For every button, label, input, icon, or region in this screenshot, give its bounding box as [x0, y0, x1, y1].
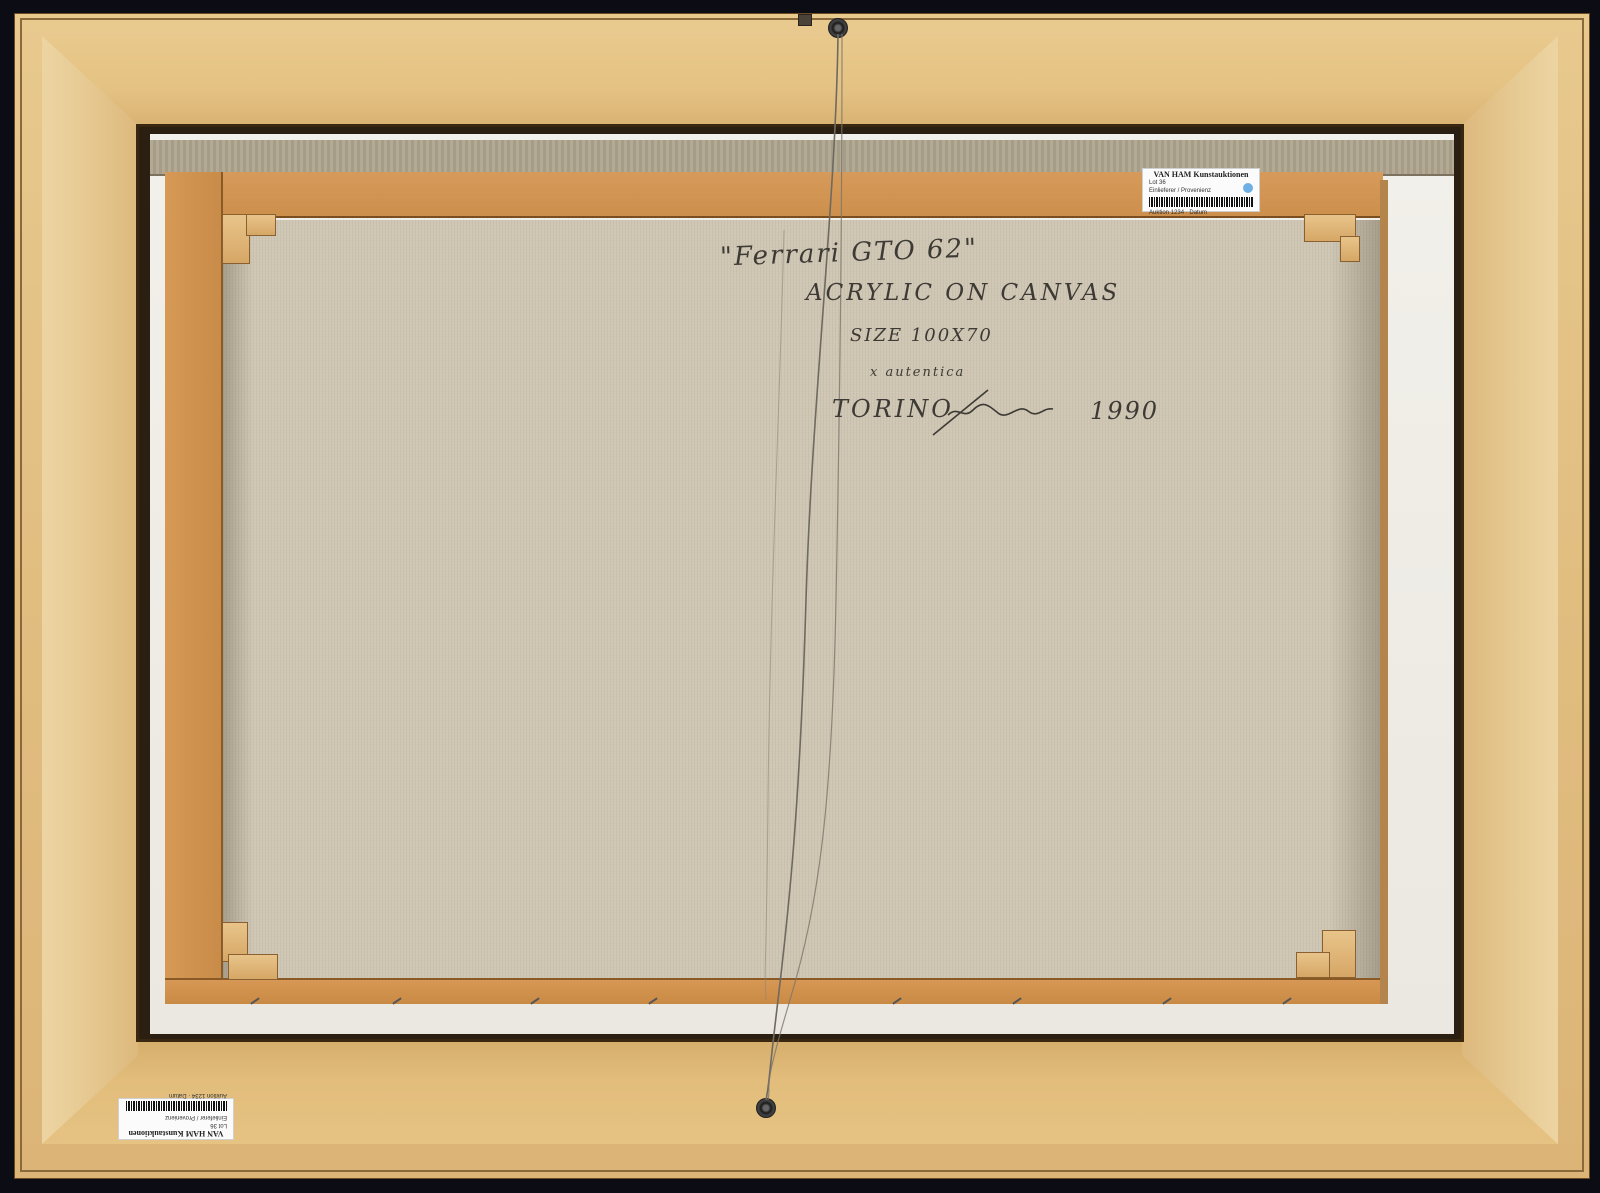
- barcode: [125, 1101, 227, 1111]
- artist-signature: [928, 385, 1058, 445]
- label-header: VAN HAM Kunstauktionen: [125, 1129, 227, 1137]
- hanger-plate-top: [798, 14, 812, 26]
- stretcher-bar-right: [1380, 180, 1388, 1004]
- corner-key-top-left-2: [246, 214, 276, 236]
- corner-key-bottom-right-2: [1296, 952, 1330, 978]
- linen-shadow-left: [223, 220, 253, 978]
- label-sale: Auktion 1234 · Datum: [125, 1091, 227, 1099]
- corner-key-bottom-left-2: [228, 954, 278, 980]
- stretcher-bar-bottom: [165, 978, 1383, 1004]
- frame-top-rail: [42, 36, 1558, 126]
- linen-shadow-right: [1330, 220, 1380, 978]
- auction-label-bottom: VAN HAM Kunstauktionen Lot 36 Einliefere…: [118, 1098, 234, 1140]
- corner-key-top-right-2: [1340, 236, 1360, 262]
- label-lot: Lot 36: [1149, 179, 1253, 187]
- blue-dot-sticker: [1243, 183, 1253, 193]
- canvas-linen-back: [223, 220, 1380, 978]
- label-header: VAN HAM Kunstauktionen: [1149, 171, 1253, 179]
- label-consignor: Einlieferer / Provenienz: [125, 1113, 227, 1121]
- inscription-size: SIZE 100X70: [850, 325, 993, 346]
- frame-right-rail: [1462, 36, 1558, 1144]
- hanger-screw-top: [828, 18, 848, 38]
- label-lot: Lot 36: [125, 1121, 227, 1129]
- barcode: [1149, 197, 1253, 207]
- frame-bottom-rail: [42, 1040, 1558, 1144]
- inscription-note: x autentica: [870, 365, 965, 380]
- inscription-medium: ACRYLIC ON CANVAS: [806, 280, 1120, 306]
- hanger-screw-bottom: [756, 1098, 776, 1118]
- frame-left-rail: [42, 36, 138, 1144]
- label-sale: Auktion 1234 · Datum: [1149, 209, 1253, 217]
- inscription-year: 1990: [1090, 397, 1159, 425]
- stretcher-bar-left: [165, 172, 223, 1004]
- label-consignor: Einlieferer / Provenienz: [1149, 187, 1253, 195]
- auction-label-top: VAN HAM Kunstauktionen Lot 36 Einliefere…: [1142, 168, 1260, 212]
